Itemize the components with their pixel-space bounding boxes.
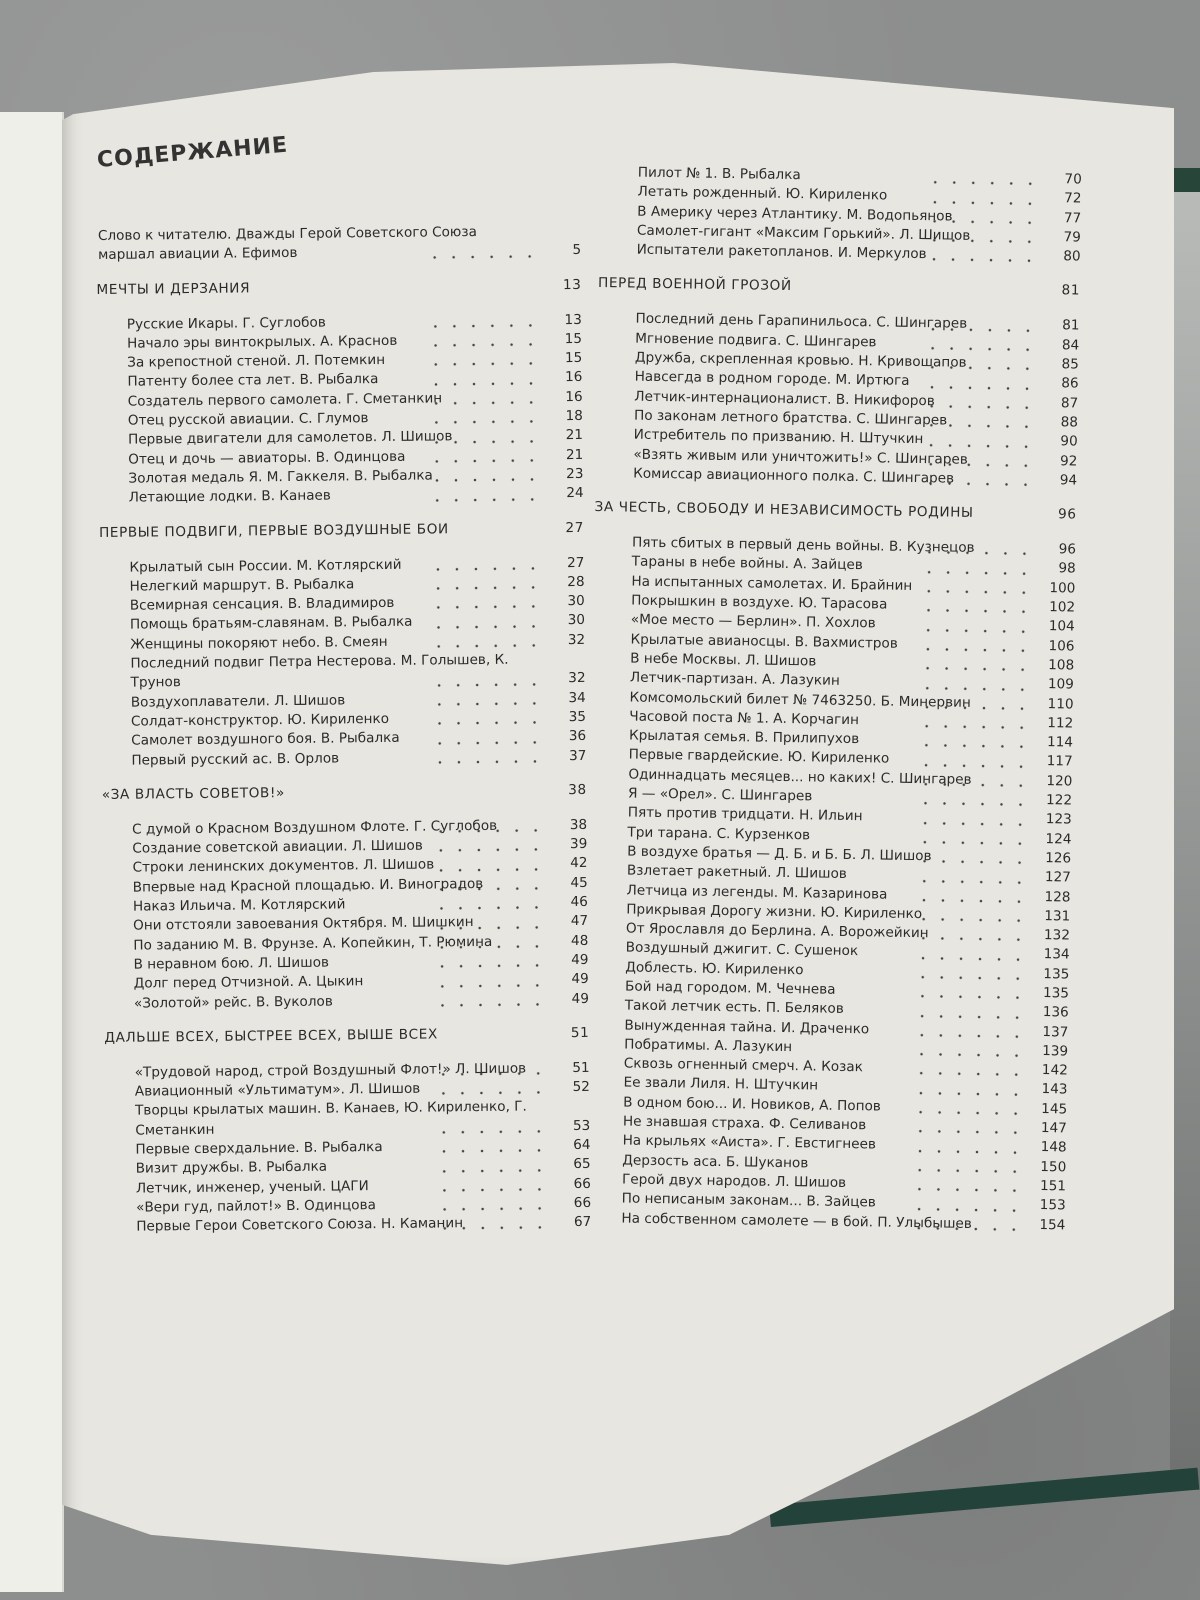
entry-page: 35	[546, 708, 586, 728]
entry-page: 128	[1030, 887, 1070, 907]
entry-page: 47	[548, 912, 588, 932]
entry-page: 45	[548, 874, 588, 894]
entry-page: 70	[1042, 170, 1082, 190]
entry-page: 134	[1029, 945, 1069, 965]
entry-title: Последний подвиг Петра Нестерова. М. Гол…	[130, 650, 539, 693]
section-title: ЗА ЧЕСТЬ, СВОБОДУ И НЕЗАВИСИМОСТЬ РОДИНЫ	[594, 499, 973, 521]
entry-page: 85	[1039, 355, 1079, 375]
entry-title: Первый русский ас. В. Орлов	[131, 747, 540, 771]
section-page: 96	[1036, 506, 1076, 523]
toc-entry: Летающие лодки. В. Канаев24	[129, 484, 584, 508]
entry-title: Слово к читателю. Дважды Герой Советског…	[98, 222, 535, 265]
entry-title: «Золотой» рейс. В. Вуколов	[134, 990, 543, 1014]
entry-page: 131	[1030, 907, 1070, 927]
contents-page: СОДЕРЖАНИЕ Слово к читателю. Дважды Геро…	[62, 60, 1174, 1565]
entry-page: 106	[1034, 637, 1074, 657]
section-page: 51	[549, 1025, 589, 1041]
section-title: ПЕРВЫЕ ПОДВИГИ, ПЕРВЫЕ ВОЗДУШНЫЕ БОИ	[99, 521, 449, 541]
entry-page: 137	[1028, 1022, 1068, 1042]
entry-page: 16	[543, 388, 583, 408]
section-heading: «ЗА ВЛАСТЬ СОВЕТОВ!»38	[102, 782, 587, 803]
entry-page: 136	[1029, 1003, 1069, 1023]
section-heading: МЕЧТЫ И ДЕРЗАНИЯ13	[96, 277, 581, 298]
entry-title: Творцы крылатых машин. В. Канаев, Ю. Кир…	[135, 1098, 544, 1141]
section-heading: ЗА ЧЕСТЬ, СВОБОДУ И НЕЗАВИСИМОСТЬ РОДИНЫ…	[594, 499, 1076, 523]
entry-page: 154	[1025, 1215, 1065, 1235]
entry-page: 92	[1037, 451, 1077, 471]
entry-page: 42	[547, 854, 587, 874]
entry-page: 27	[544, 553, 584, 573]
entry-page: 147	[1027, 1119, 1067, 1139]
entry-page: 145	[1027, 1100, 1067, 1120]
entry-page: 109	[1034, 675, 1074, 695]
entry-page: 28	[544, 573, 584, 593]
entry-page: 48	[548, 931, 588, 951]
entry-page: 84	[1039, 336, 1079, 356]
entry-page: 23	[543, 465, 583, 485]
entry-page: 32	[545, 631, 585, 651]
entry-page: 98	[1036, 559, 1076, 579]
section-page: 27	[544, 519, 584, 535]
entry-page: 112	[1033, 714, 1073, 734]
entry-page: 142	[1028, 1061, 1068, 1081]
entry-page: 79	[1041, 228, 1081, 248]
entry-page: 13	[542, 311, 582, 331]
entry-page: 49	[548, 951, 588, 971]
entry-page: 46	[548, 893, 588, 913]
entry-page: 49	[549, 989, 589, 1009]
entry-page: 37	[546, 746, 586, 766]
section-heading: ПЕРЕД ВОЕННОЙ ГРОЗОЙ81	[598, 275, 1080, 299]
toc-entry: «Золотой» рейс. В. Вуколов49	[134, 989, 589, 1013]
entry-page: 126	[1031, 849, 1071, 869]
entry-page: 16	[542, 368, 582, 388]
entry-page: 86	[1038, 374, 1078, 394]
entry-title: Летающие лодки. В. Канаев	[129, 485, 538, 509]
entry-page: 139	[1028, 1042, 1068, 1062]
left-column: СОДЕРЖАНИЕ Слово к читателю. Дважды Геро…	[95, 143, 591, 1237]
entry-page: 102	[1035, 598, 1075, 618]
entry-page: 135	[1029, 965, 1069, 985]
entry-page: 15	[542, 349, 582, 369]
entry-page: 114	[1033, 733, 1073, 753]
entry-page: 24	[544, 484, 584, 504]
entry-page: 51	[550, 1059, 590, 1079]
entry-page: 21	[543, 446, 583, 466]
entry-page: 151	[1026, 1177, 1066, 1197]
section-heading: ДАЛЬШЕ ВСЕХ, БЫСТРЕЕ ВСЕХ, ВЫШЕ ВСЕХ51	[104, 1025, 589, 1046]
entry-page: 132	[1030, 926, 1070, 946]
toc-entry: Последний подвиг Петра Нестерова. М. Гол…	[130, 650, 585, 693]
entry-page: 123	[1032, 810, 1072, 830]
entry-page: 100	[1035, 579, 1075, 599]
entry-page: 36	[546, 727, 586, 747]
section-heading: ПЕРВЫЕ ПОДВИГИ, ПЕРВЫЕ ВОЗДУШНЫЕ БОИ27	[99, 519, 584, 540]
entry-page: 77	[1041, 209, 1081, 229]
entry-page: 15	[542, 330, 582, 350]
left-sections: МЕЧТЫ И ДЕРЗАНИЯ13Русские Икары. Г. Сугл…	[96, 277, 591, 1238]
entry-page: 87	[1038, 394, 1078, 414]
entry-page: 148	[1026, 1138, 1066, 1158]
entry-page: 88	[1038, 413, 1078, 433]
entry-page: 120	[1032, 772, 1072, 792]
section-title: ДАЛЬШЕ ВСЕХ, БЫСТРЕЕ ВСЕХ, ВЫШЕ ВСЕХ	[104, 1026, 438, 1045]
entry-page: 32	[545, 669, 585, 689]
entry-page: 153	[1026, 1196, 1066, 1216]
entry-page: 90	[1038, 432, 1078, 452]
entry-page: 49	[549, 970, 589, 990]
section-title: ПЕРЕД ВОЕННОЙ ГРОЗОЙ	[598, 275, 792, 294]
entry-page: 81	[1039, 316, 1079, 336]
entry-title: Первые Герои Советского Союза. Н. Камани…	[136, 1214, 545, 1238]
entry-page: 122	[1032, 791, 1072, 811]
entry-page: 150	[1026, 1157, 1066, 1177]
entry-page: 52	[550, 1078, 590, 1098]
right-column: Пилот № 1. В. Рыбалка70Летать рожденный.…	[583, 163, 1082, 1235]
entry-page: 30	[545, 611, 585, 631]
toc-entry: Творцы крылатых машин. В. Канаев, Ю. Кир…	[135, 1097, 590, 1140]
entry-page: 127	[1031, 868, 1071, 888]
toc-entry: Первый русский ас. В. Орлов37	[131, 746, 586, 770]
entry-page: 143	[1027, 1080, 1067, 1100]
entry-page: 80	[1040, 247, 1080, 267]
entry-page: 39	[547, 835, 587, 855]
entry-page: 72	[1041, 189, 1081, 209]
section-title: «ЗА ВЛАСТЬ СОВЕТОВ!»	[102, 785, 285, 803]
section-page: 38	[547, 782, 587, 798]
entry-page: 110	[1033, 694, 1073, 714]
right-sections: Пилот № 1. В. Рыбалка70Летать рожденный.…	[583, 163, 1082, 1235]
page-title: СОДЕРЖАНИЕ	[96, 109, 579, 173]
background-photo-edge	[1170, 190, 1200, 1490]
previous-page-edge	[0, 112, 64, 1592]
entry-page: 117	[1032, 752, 1072, 772]
intro-entry: Слово к читателю. Дважды Герой Советског…	[98, 222, 581, 266]
entry-page: 34	[546, 689, 586, 709]
section-page: 13	[541, 277, 581, 293]
book-cover-edge	[1170, 168, 1200, 192]
entry-page: 38	[547, 816, 587, 836]
entry-page: 108	[1034, 656, 1074, 676]
entry-page: 5	[541, 241, 581, 261]
entry-page: 94	[1037, 471, 1077, 491]
entry-page: 96	[1036, 540, 1076, 560]
entry-page: 135	[1029, 984, 1069, 1004]
toc-entry: Первые Герои Советского Союза. Н. Камани…	[136, 1213, 591, 1237]
entry-page: 124	[1031, 829, 1071, 849]
section-page: 81	[1040, 282, 1080, 299]
entry-page: 30	[545, 592, 585, 612]
entry-page: 21	[543, 426, 583, 446]
entry-page: 104	[1035, 617, 1075, 637]
entry-page: 18	[543, 407, 583, 427]
section-title: МЕЧТЫ И ДЕРЗАНИЯ	[96, 280, 250, 298]
